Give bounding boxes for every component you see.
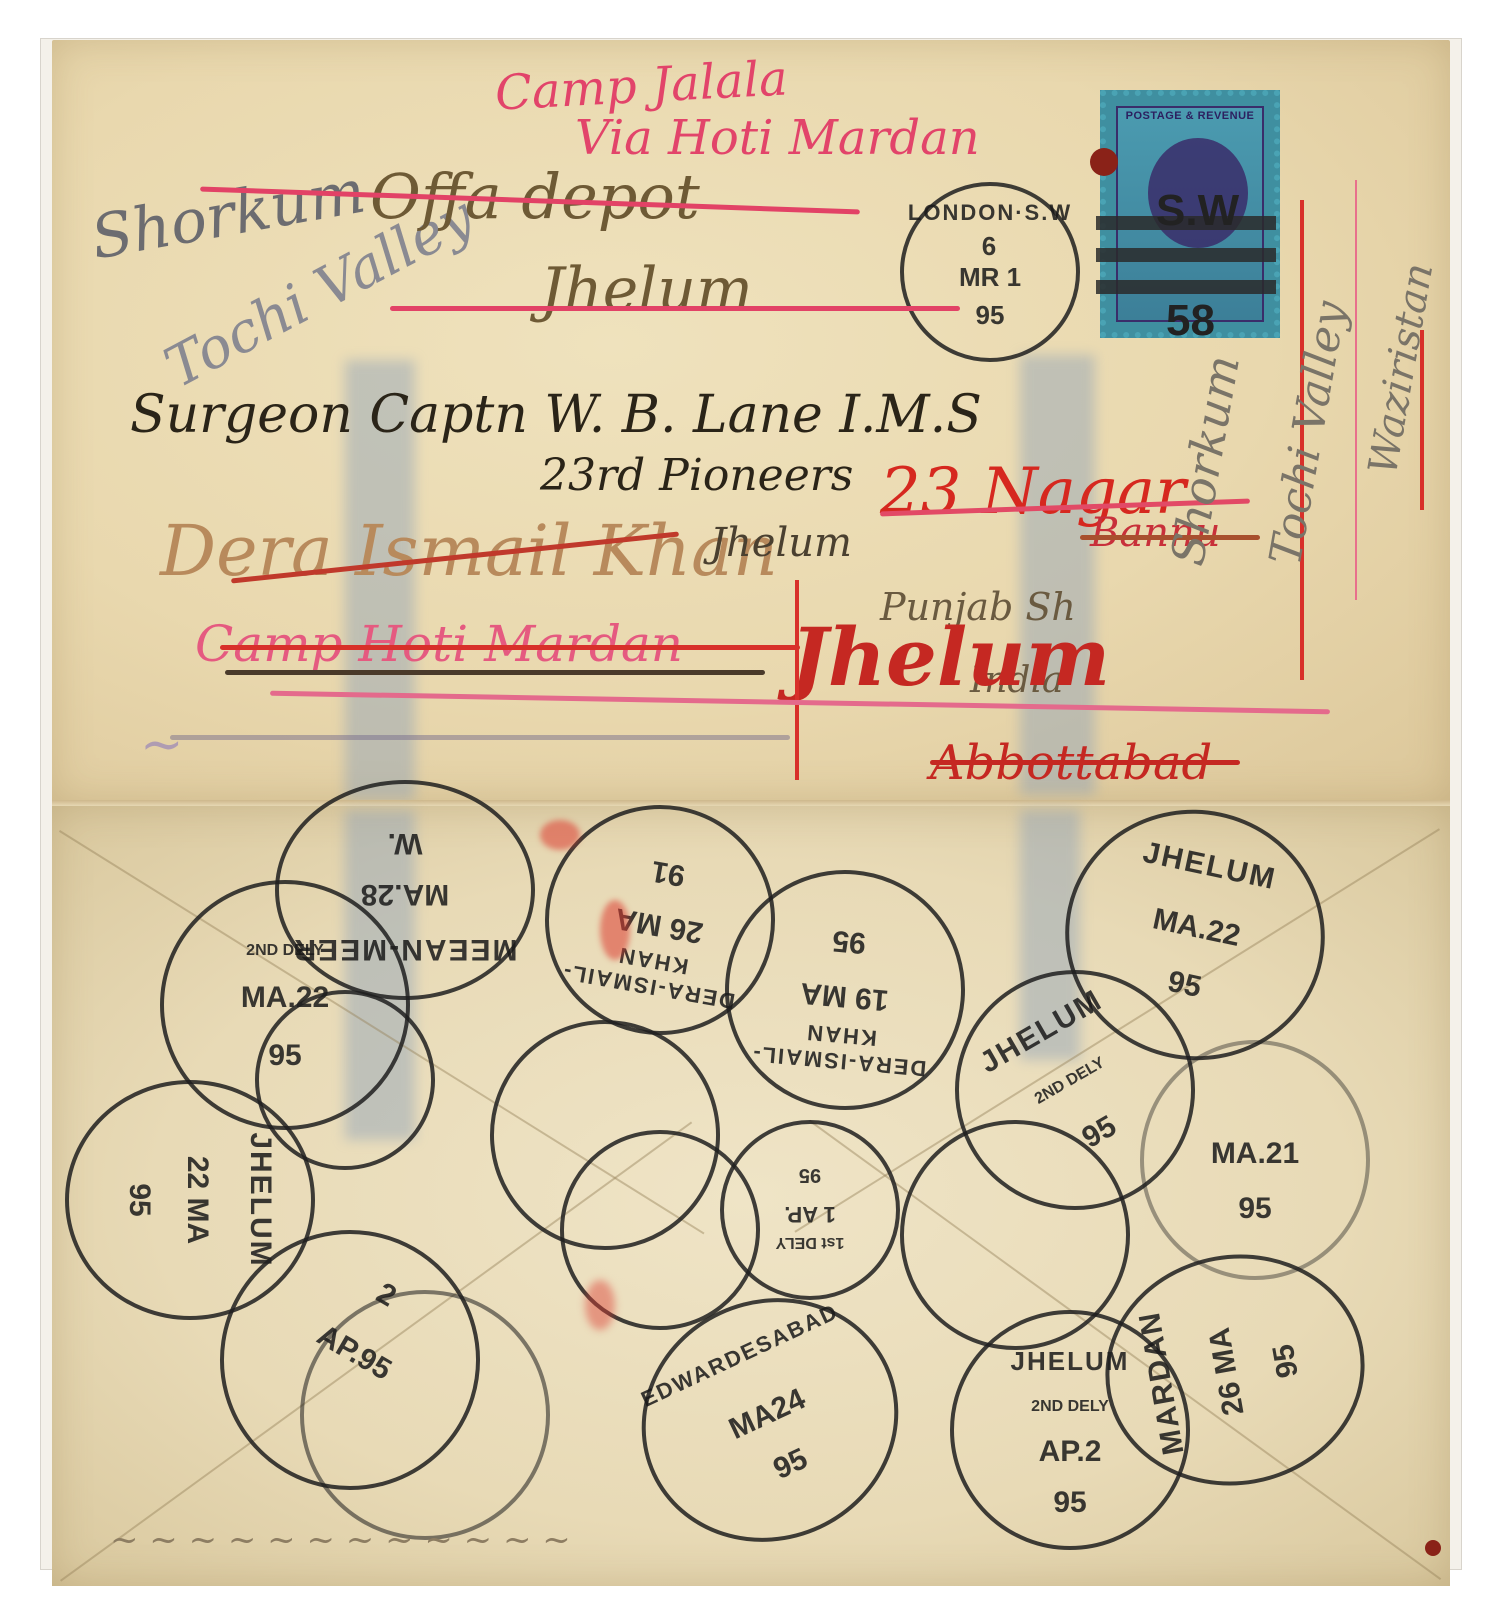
crossed-address-camp-hoti-mardan: Camp Hoti Mardan: [195, 615, 683, 673]
red-smudge: [585, 1280, 615, 1330]
red-strikethrough: [220, 645, 800, 650]
stamp-title: POSTAGE & REVENUE: [1118, 110, 1262, 122]
red-smudge: [540, 820, 580, 850]
postmark-ma21: MA.21 95: [1140, 1040, 1370, 1280]
cancel-bar: [1096, 248, 1276, 262]
red-pen-stroke: [795, 580, 799, 780]
red-address-jhelum: Jhelum: [790, 610, 1110, 704]
dark-strikethrough: [225, 670, 765, 675]
blue-stain: [1020, 355, 1095, 795]
pencil-strike: [170, 735, 790, 740]
postmark-london: LONDON·S.W 6 MR 1 95: [900, 182, 1080, 362]
crossed-address-jhelum: Jhelum: [540, 255, 753, 325]
red-strikethrough: [930, 760, 1240, 765]
red-wax-spot: [1090, 148, 1118, 176]
address-surgeon-captain: Surgeon Captn W. B. Lane I.M.S: [130, 385, 982, 445]
cancel-letters: S.W: [1156, 186, 1239, 236]
red-wax-spot: [1425, 1540, 1441, 1556]
red-smudge: [600, 900, 630, 960]
red-strikethrough: [390, 306, 960, 311]
address-23rd-pioneers: 23rd Pioneers: [540, 450, 853, 501]
cancel-number: 58: [1166, 296, 1215, 346]
faded-purple-note: ~: [140, 715, 184, 775]
address-jhelum-small: Jhelum: [710, 520, 852, 566]
faint-script-notation: ~ ~ ~ ~ ~ ~ ~ ~ ~ ~ ~ ~: [110, 1520, 571, 1560]
red-address-via-hoti-mardan: Via Hoti Mardan: [575, 110, 980, 166]
cancel-bar: [1096, 280, 1276, 294]
postage-stamp: POSTAGE & REVENUE S.W 58: [1100, 90, 1280, 338]
pink-vertical-line: [1355, 180, 1357, 600]
